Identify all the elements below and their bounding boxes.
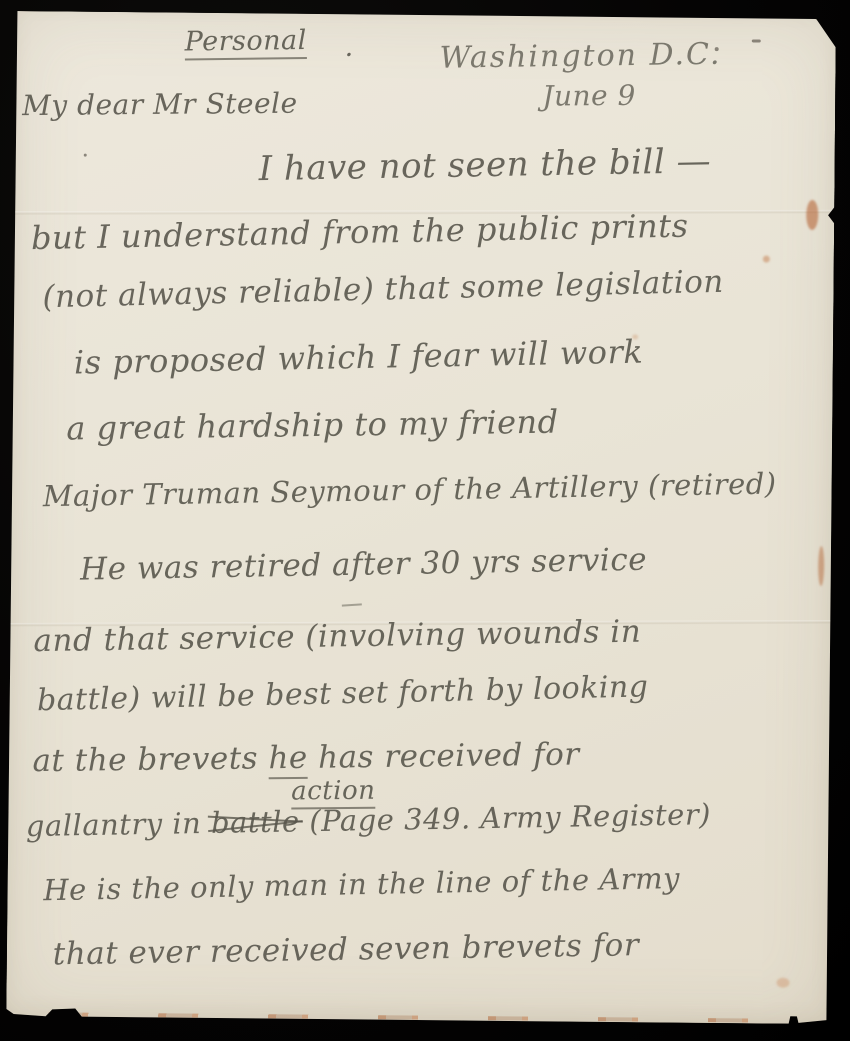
foxing-spot bbox=[777, 978, 790, 988]
handwriting-line: a great hardship to my friend bbox=[66, 403, 559, 448]
handwriting-line: I have not seen the bill — bbox=[258, 141, 711, 189]
handwriting-line: (not always reliable) that some legislat… bbox=[42, 264, 724, 315]
gallantry-pre: gallantry in bbox=[26, 806, 212, 843]
gallantry-post: (Page 349. Army Register) bbox=[299, 797, 711, 838]
foxing-spot bbox=[818, 546, 824, 586]
handwriting-line: Major Truman Seymour of the Artillery (r… bbox=[42, 466, 776, 513]
handwriting-line: is proposed which I fear will work bbox=[74, 333, 644, 382]
corner-fold bbox=[807, 10, 835, 34]
brevets-pre: at the brevets bbox=[32, 740, 268, 779]
brevets-underlined-word: he bbox=[268, 740, 308, 779]
handwriting-line: gallantry in battle (Page 349. Army Regi… bbox=[26, 797, 712, 843]
brevets-post: has received for bbox=[308, 736, 580, 775]
dateline-place: Washington D.C. bbox=[439, 37, 721, 76]
foxing-spot bbox=[763, 256, 770, 263]
salutation: My dear Mr Steele bbox=[22, 87, 298, 122]
paper-speck bbox=[752, 39, 761, 42]
handwriting-line: and that service (involving wounds in bbox=[33, 614, 641, 660]
dateline-date: June 9 bbox=[542, 79, 636, 113]
foxing-spot bbox=[806, 200, 818, 230]
handwriting-line: at the brevets he has received for bbox=[32, 736, 580, 779]
handwriting-line: He was retired after 30 yrs service bbox=[80, 542, 647, 588]
paper-speck bbox=[84, 154, 87, 157]
annotation-personal: Personal bbox=[185, 25, 307, 60]
photo-background: { "colors": { "background": "#030303", "… bbox=[0, 0, 850, 1041]
handwriting-line: that ever received seven brevets for bbox=[52, 927, 639, 972]
handwriting-line: He is the only man in the line of the Ar… bbox=[43, 861, 680, 907]
struck-word: battle bbox=[211, 804, 300, 840]
torn-edge bbox=[23, 1012, 803, 1023]
letter-page: Personal . Washington D.C. June 9 My dea… bbox=[6, 11, 836, 1024]
pencil-mark bbox=[342, 603, 362, 606]
handwriting-line: battle) will be best set forth by lookin… bbox=[37, 669, 649, 718]
annotation-period: . bbox=[345, 32, 354, 63]
